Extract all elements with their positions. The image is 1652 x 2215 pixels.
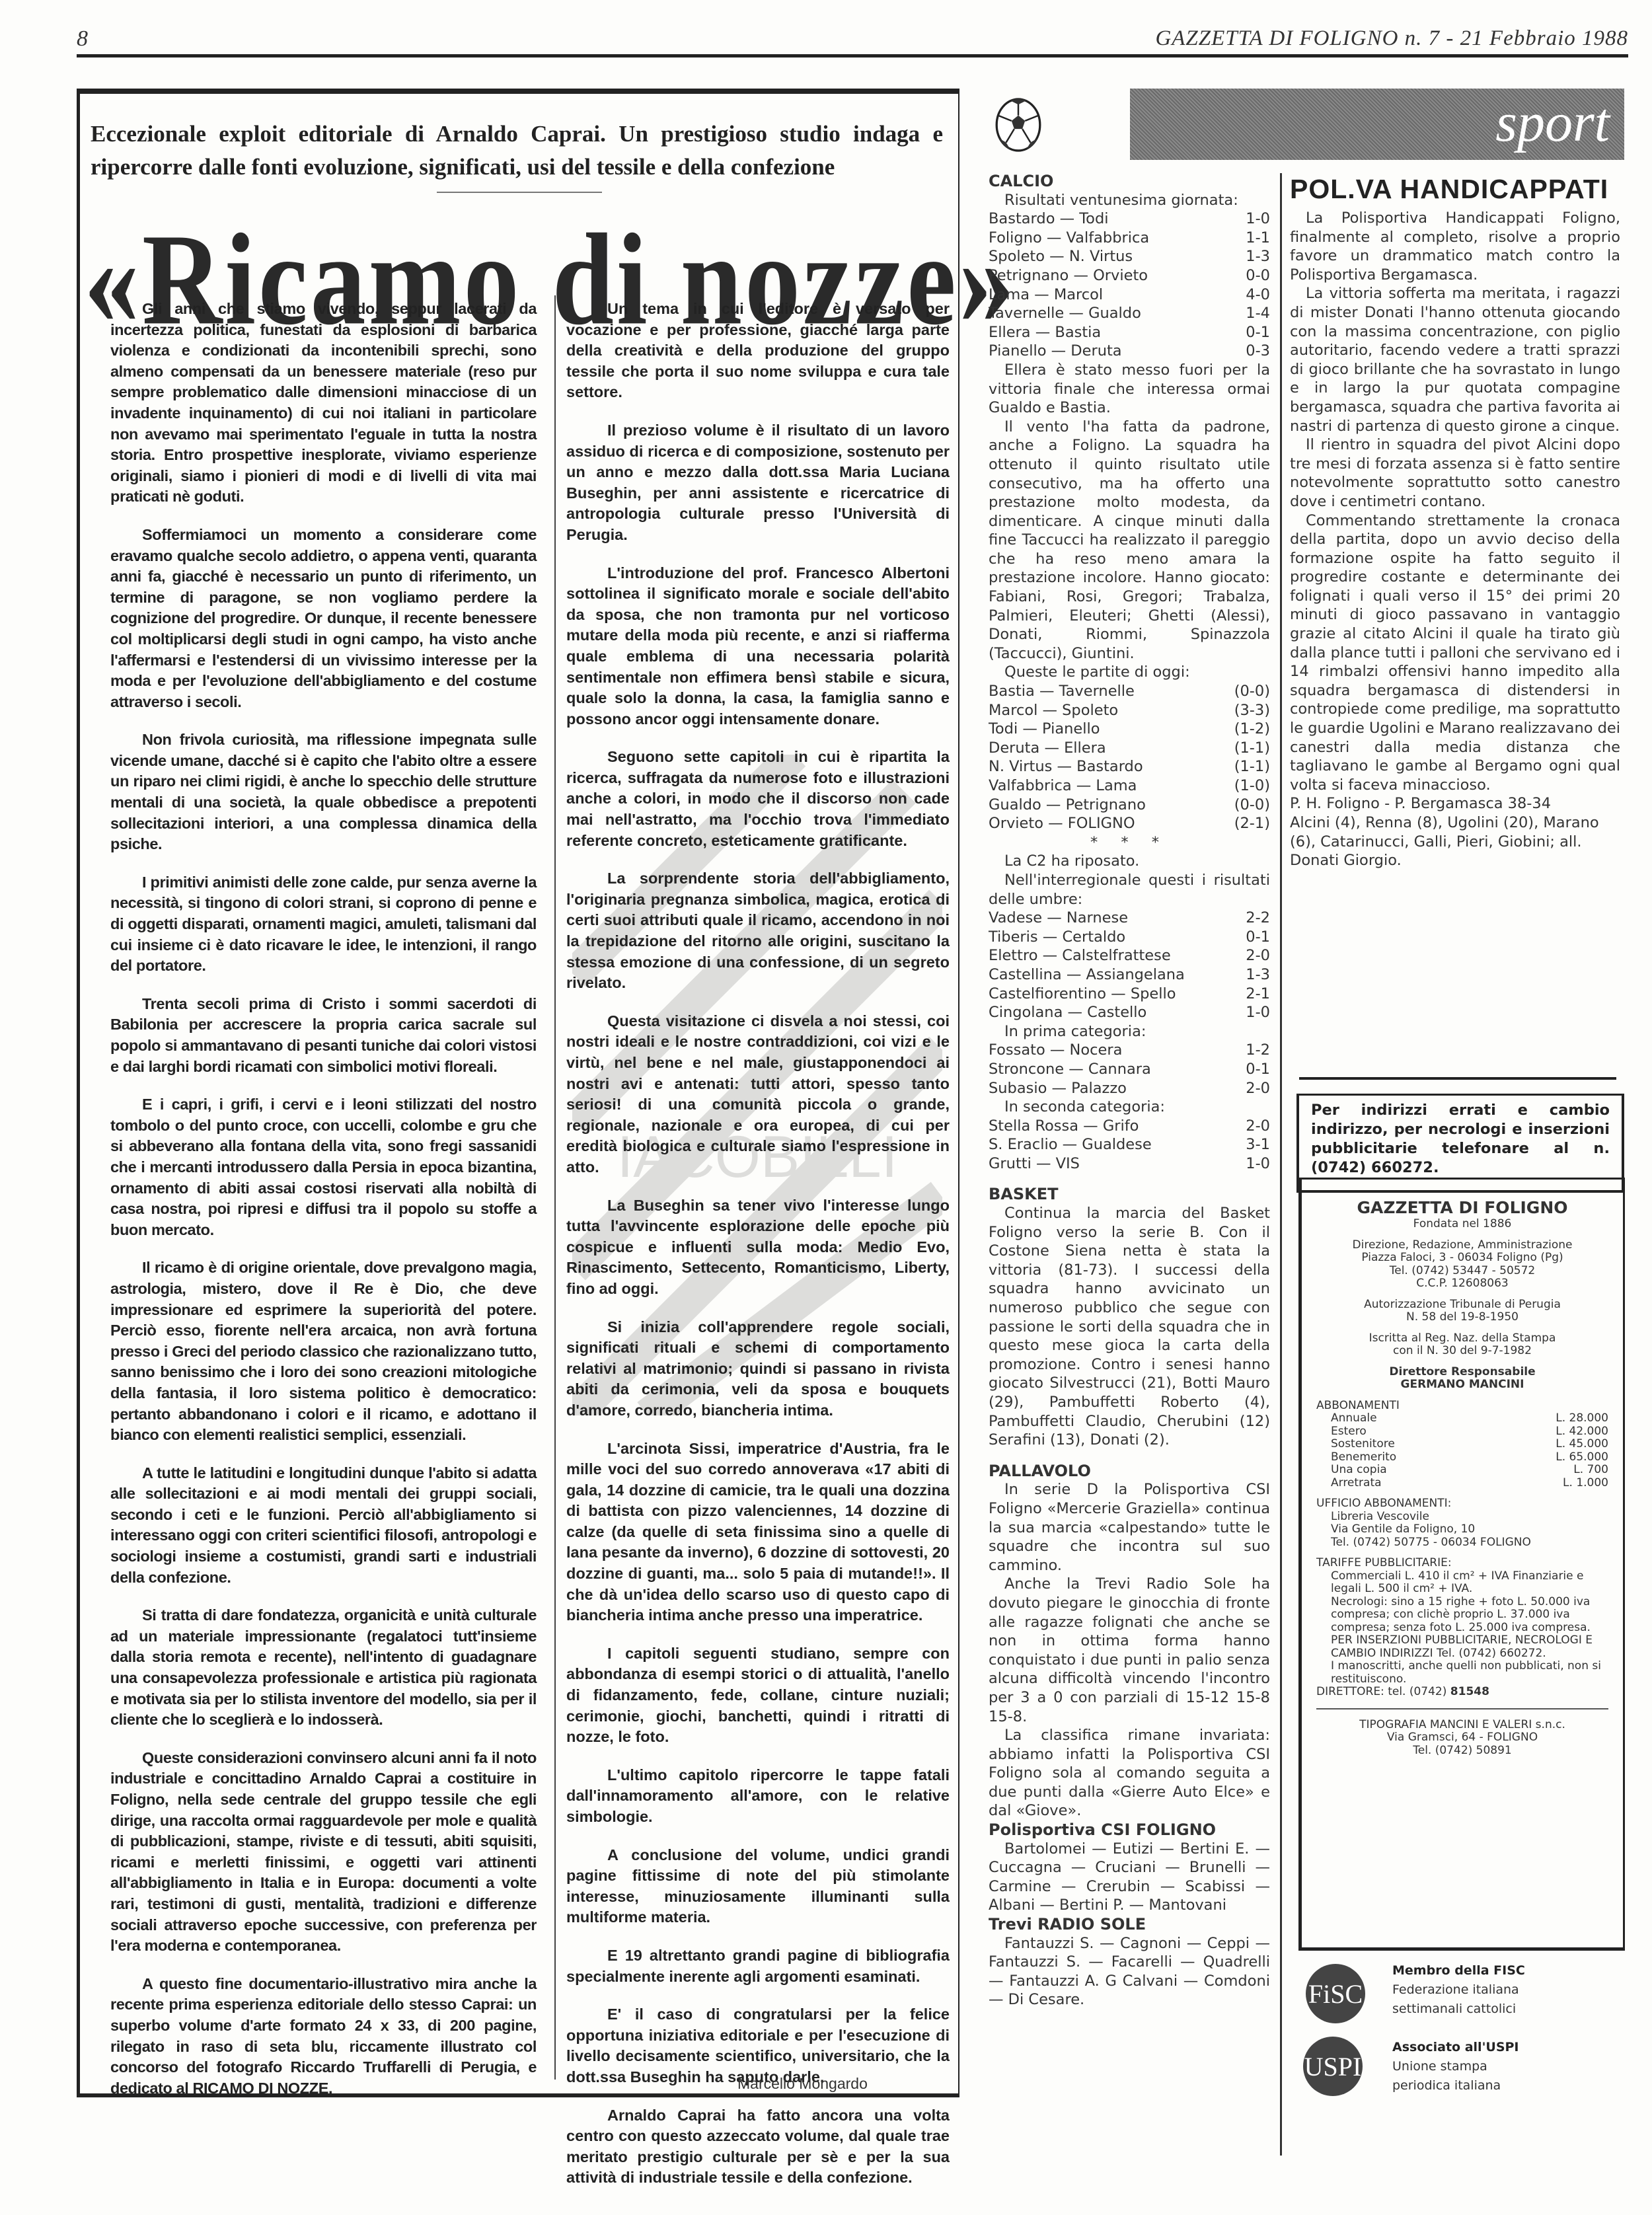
office-heading: UFFICIO ABBONAMENTI: <box>1316 1497 1608 1511</box>
rates-heading: TARIFFE PUBBLICITARIE: <box>1316 1557 1608 1570</box>
price-row: SostenitoreL. 45.000 <box>1331 1438 1608 1451</box>
director-name: GERMANO MANCINI <box>1316 1378 1608 1392</box>
rates-line: Necrologi: sino a 15 righe + foto L. 50.… <box>1331 1596 1608 1635</box>
article-column-1: Gli anni che stiamo vivendo, seppur lace… <box>110 299 537 2116</box>
result-row: Stroncone — Cannara0-1 <box>989 1060 1270 1079</box>
result-row: Castelfiorentino — Spello2-1 <box>989 985 1270 1004</box>
address-line: C.C.P. 12608063 <box>1316 1277 1608 1291</box>
fixture-row: Todi — Pianello(1-2) <box>989 720 1270 739</box>
printer-line: Tel. (0742) 50891 <box>1316 1745 1608 1758</box>
authorization-line: N. 58 del 19-8-1950 <box>1316 1311 1608 1324</box>
fixture-row: Gualdo — Petrignano(0-0) <box>989 796 1270 815</box>
column-divider <box>1280 173 1282 2156</box>
result-row: Spoleto — N. Virtus1-3 <box>989 247 1270 266</box>
fixture-row: Deruta — Ellera(1-1) <box>989 739 1270 758</box>
fisc-affiliation: Membro della FISC Federazione italiana s… <box>1392 1961 1525 2019</box>
fixture-row: Valfabbrica — Lama(1-0) <box>989 776 1270 796</box>
fixture-row: Marcol — Spoleto(3-3) <box>989 701 1270 720</box>
fisc-logo-icon: FiSC <box>1306 1964 1365 2023</box>
result-row: Tavernelle — Gualdo1-4 <box>989 304 1270 323</box>
paragraph: La Buseghin sa tener vivo l'interesse lu… <box>566 1195 950 1300</box>
result-row: Foligno — Valfabbrica1-1 <box>989 229 1270 248</box>
paragraph: E 19 altrettanto grandi pagine di biblio… <box>566 1945 950 1987</box>
sport-label: sport <box>1495 91 1610 155</box>
article-byline: Marcello Mongardo <box>737 2075 868 2093</box>
team-heading: Trevi RADIO SOLE <box>989 1915 1270 1934</box>
paragraph: Non frivola curiosità, ma riflessione im… <box>110 730 537 855</box>
publication-line: GAZZETTA DI FOLIGNO n. 7 - 21 Febbraio 1… <box>1155 26 1628 51</box>
paragraph: L'ultimo capitolo ripercorre le tappe fa… <box>566 1765 950 1828</box>
result-row: Subasio — Palazzo2-0 <box>989 1079 1270 1098</box>
fixtures-list: Bastia — Tavernelle(0-0) Marcol — Spolet… <box>989 682 1270 833</box>
price-row: Una copiaL. 700 <box>1331 1464 1608 1477</box>
masthead-title: GAZZETTA DI FOLIGNO <box>1316 1198 1608 1218</box>
rates-line: PER INSERZIONI PUBBLICITARIE, NECROLOGI … <box>1331 1634 1608 1660</box>
paragraph: A tutte le latitudini e longitudini dunq… <box>110 1463 537 1589</box>
result-row: Tiberis — Certaldo0-1 <box>989 928 1270 947</box>
paragraph: Soffermiamoci un momento a considerare c… <box>110 525 537 712</box>
paragraph: I primitivi animisti delle zone calde, p… <box>110 872 537 977</box>
subscription-prices: AnnualeL. 28.000 EsteroL. 42.000 Sosteni… <box>1316 1412 1608 1489</box>
result-row: S. Eraclio — Gualdese3-1 <box>989 1135 1270 1154</box>
basket-heading: BASKET <box>989 1185 1270 1204</box>
address-line: Tel. (0742) 53447 - 50572 <box>1316 1265 1608 1278</box>
price-row: BenemeritoL. 65.000 <box>1331 1451 1608 1464</box>
paragraph: Questa visitazione ci disvela a noi stes… <box>566 1011 950 1178</box>
result-row: Fossato — Nocera1-2 <box>989 1041 1270 1060</box>
separator: * * * <box>989 833 1270 852</box>
paragraph: La C2 ha riposato. <box>989 852 1270 871</box>
paragraph: Nell'interregionale questi i risultati d… <box>989 871 1270 909</box>
paragraph: La sorprendente storia dell'abbigliament… <box>566 868 950 994</box>
price-row: ArretrataL. 1.000 <box>1331 1477 1608 1490</box>
article-kicker: Eccezionale exploit editoriale di Arnald… <box>91 118 943 184</box>
article-box: Eccezionale exploit editoriale di Arnald… <box>77 89 959 2097</box>
result-row: Elettro — Calstelfrattese2-0 <box>989 946 1270 965</box>
header-rule <box>77 54 1628 57</box>
section-rule <box>1299 1077 1616 1080</box>
paragraph: I capitoli seguenti studiano, sempre con… <box>566 1643 950 1748</box>
paragraph: Gli anni che stiamo vivendo, seppur lace… <box>110 299 537 507</box>
registration-line: con il N. 30 del 9-7-1982 <box>1316 1345 1608 1358</box>
paragraph: L'introduzione del prof. Francesco Alber… <box>566 563 950 730</box>
team-roster: Fantauzzi S. — Cagnoni — Ceppi — Fantauz… <box>989 1934 1270 2009</box>
director-label: Direttore Responsabile <box>1316 1366 1608 1379</box>
paragraph: La Polisportiva Handicappati Foligno, fi… <box>1290 209 1620 284</box>
sport-results-column: CALCIO Risultati ventunesima giornata: B… <box>989 172 1270 2009</box>
paragraph: Ellera è stato messo fuori per la vittor… <box>989 361 1270 418</box>
paragraph: Continua la marcia del Basket Foligno ve… <box>989 1204 1270 1450</box>
masthead-rule <box>1316 1708 1608 1709</box>
printer-line: TIPOGRAFIA MANCINI E VALERI s.n.c. <box>1316 1719 1608 1732</box>
uspi-affiliation: Associato all'USPI Unione stampa periodi… <box>1392 2038 1519 2095</box>
result-row: Lama — Marcol4-0 <box>989 285 1270 305</box>
result-row: Grutti — VIS1-0 <box>989 1154 1270 1174</box>
paragraph: Il rientro in squadra del pivot Alcini d… <box>1290 435 1620 511</box>
result-row: Castellina — Assiangelana1-3 <box>989 965 1270 985</box>
paragraph: Commentando strettamente la cronaca dell… <box>1290 511 1620 795</box>
prima-intro: In prima categoria: <box>989 1022 1270 1041</box>
director-phone: DIRETTORE: tel. (0742) 81548 <box>1316 1686 1608 1699</box>
page-number: 8 <box>77 26 88 52</box>
office-line: Via Gentile da Foligno, 10 <box>1331 1523 1608 1536</box>
paragraph: Anche la Trevi Radio Sole ha dovuto pieg… <box>989 1575 1270 1726</box>
paragraph: E i capri, i grifi, i cervi e i leoni st… <box>110 1094 537 1240</box>
office-line: Tel. (0742) 50775 - 06034 FOLIGNO <box>1331 1536 1608 1550</box>
result-row: Cingolana — Castello1-0 <box>989 1003 1270 1022</box>
prima-results: Fossato — Nocera1-2 Stroncone — Cannara0… <box>989 1041 1270 1098</box>
fixture-row: Bastia — Tavernelle(0-0) <box>989 682 1270 701</box>
paragraph: La vittoria sofferta ma meritata, i raga… <box>1290 284 1620 435</box>
paragraph: La classifica rimane invariata: abbiamo … <box>989 1726 1270 1821</box>
result-row: Pianello — Deruta0-3 <box>989 342 1270 361</box>
paragraph: Il ricamo è di origine orientale, dove p… <box>110 1258 537 1445</box>
match-result: P. H. Foligno - P. Bergamasca 38-34 <box>1290 794 1620 813</box>
price-row: AnnualeL. 28.000 <box>1331 1412 1608 1425</box>
paragraph: Il vento l'ha fatta da padrone, anche a … <box>989 418 1270 663</box>
calcio-intro: Risultati ventunesima giornata: <box>989 191 1270 210</box>
paragraph: Queste considerazioni convinsero alcuni … <box>110 1748 537 1957</box>
result-row: Petrignano — Orvieto0-0 <box>989 266 1270 285</box>
masthead-founded: Fondata nel 1886 <box>1316 1218 1608 1231</box>
pallavolo-heading: PALLAVOLO <box>989 1462 1270 1481</box>
rates-line: I manoscritti, anche quelli non pubblica… <box>1331 1660 1608 1686</box>
office-line: Libreria Vescovile <box>1331 1511 1608 1524</box>
paragraph: In serie D la Polisportiva CSI Foligno «… <box>989 1480 1270 1575</box>
subscriptions-heading: ABBONAMENTI <box>1316 1400 1608 1413</box>
printer-line: Via Gramsci, 64 - FOLIGNO <box>1316 1731 1608 1745</box>
sport-section-banner: sport <box>1130 89 1624 160</box>
masthead-box: GAZZETTA DI FOLIGNO Fondata nel 1886 Dir… <box>1298 1178 1625 1951</box>
authorization-line: Autorizzazione Tribunale di Perugia <box>1316 1298 1608 1312</box>
team-roster: Bartolomei — Eutizi — Bertini E. — Cucca… <box>989 1840 1270 1915</box>
scorers: Alcini (4), Renna (8), Ugolini (20), Mar… <box>1290 813 1620 870</box>
handicappati-column: POL.VA HANDICAPPATI La Polisportiva Hand… <box>1290 173 1620 870</box>
paragraph: Trenta secoli prima di Cristo i sommi sa… <box>110 994 537 1077</box>
paragraph: Seguono sette capitoli in cui è ripartit… <box>566 747 950 851</box>
team-heading: Polisportiva CSI FOLIGNO <box>989 1821 1270 1840</box>
paragraph: Il prezioso volume è il risultato di un … <box>566 420 950 546</box>
handicappati-heading: POL.VA HANDICAPPATI <box>1290 173 1620 205</box>
address-line: Piazza Faloci, 3 - 06034 Foligno (Pg) <box>1316 1252 1608 1265</box>
registration-line: Iscritta al Reg. Naz. della Stampa <box>1316 1332 1608 1345</box>
calcio-heading: CALCIO <box>989 172 1270 191</box>
today-intro: Queste le partite di oggi: <box>989 663 1270 682</box>
paragraph: L'arcinota Sissi, imperatrice d'Austria,… <box>566 1439 950 1626</box>
seconda-intro: In seconda categoria: <box>989 1098 1270 1117</box>
address-line: Direzione, Redazione, Amministrazione <box>1316 1239 1608 1252</box>
uspi-logo-icon: USPI <box>1303 2037 1363 2096</box>
fixture-row: N. Virtus — Bastardo(1-1) <box>989 757 1270 776</box>
seconda-results: Stella Rossa — Grifo2-0 S. Eraclio — Gua… <box>989 1117 1270 1174</box>
results-list: Bastardo — Todi1-0 Foligno — Valfabbrica… <box>989 209 1270 361</box>
paragraph: Si inizia coll'apprendere regole sociali… <box>566 1317 950 1421</box>
result-row: Stella Rossa — Grifo2-0 <box>989 1117 1270 1136</box>
result-row: Vadese — Narnese2-2 <box>989 909 1270 928</box>
paragraph: Si tratta di dare fondatezza, organicità… <box>110 1605 537 1731</box>
result-row: Ellera — Bastia0-1 <box>989 323 1270 342</box>
price-row: EsteroL. 42.000 <box>1331 1425 1608 1439</box>
result-row: Bastardo — Todi1-0 <box>989 209 1270 229</box>
soccer-ball-icon <box>991 98 1045 152</box>
article-column-2: Un tema in cui l'editore è versato per v… <box>566 299 950 2206</box>
interregional-results: Vadese — Narnese2-2 Tiberis — Certaldo0-… <box>989 909 1270 1022</box>
paragraph: A conclusione del volume, undici grandi … <box>566 1845 950 1928</box>
fixture-row: Orvieto — FOLIGNO(2-1) <box>989 814 1270 833</box>
paragraph: Arnaldo Caprai ha fatto ancora una volta… <box>566 2105 950 2189</box>
column-divider <box>554 295 556 2080</box>
rates-line: Commerciali L. 410 il cm² + IVA Finanzia… <box>1331 1570 1608 1596</box>
kicker-rule <box>437 192 602 193</box>
paragraph: Un tema in cui l'editore è versato per v… <box>566 299 950 403</box>
paragraph: A questo fine documentario-illustrativo … <box>110 1974 537 2099</box>
